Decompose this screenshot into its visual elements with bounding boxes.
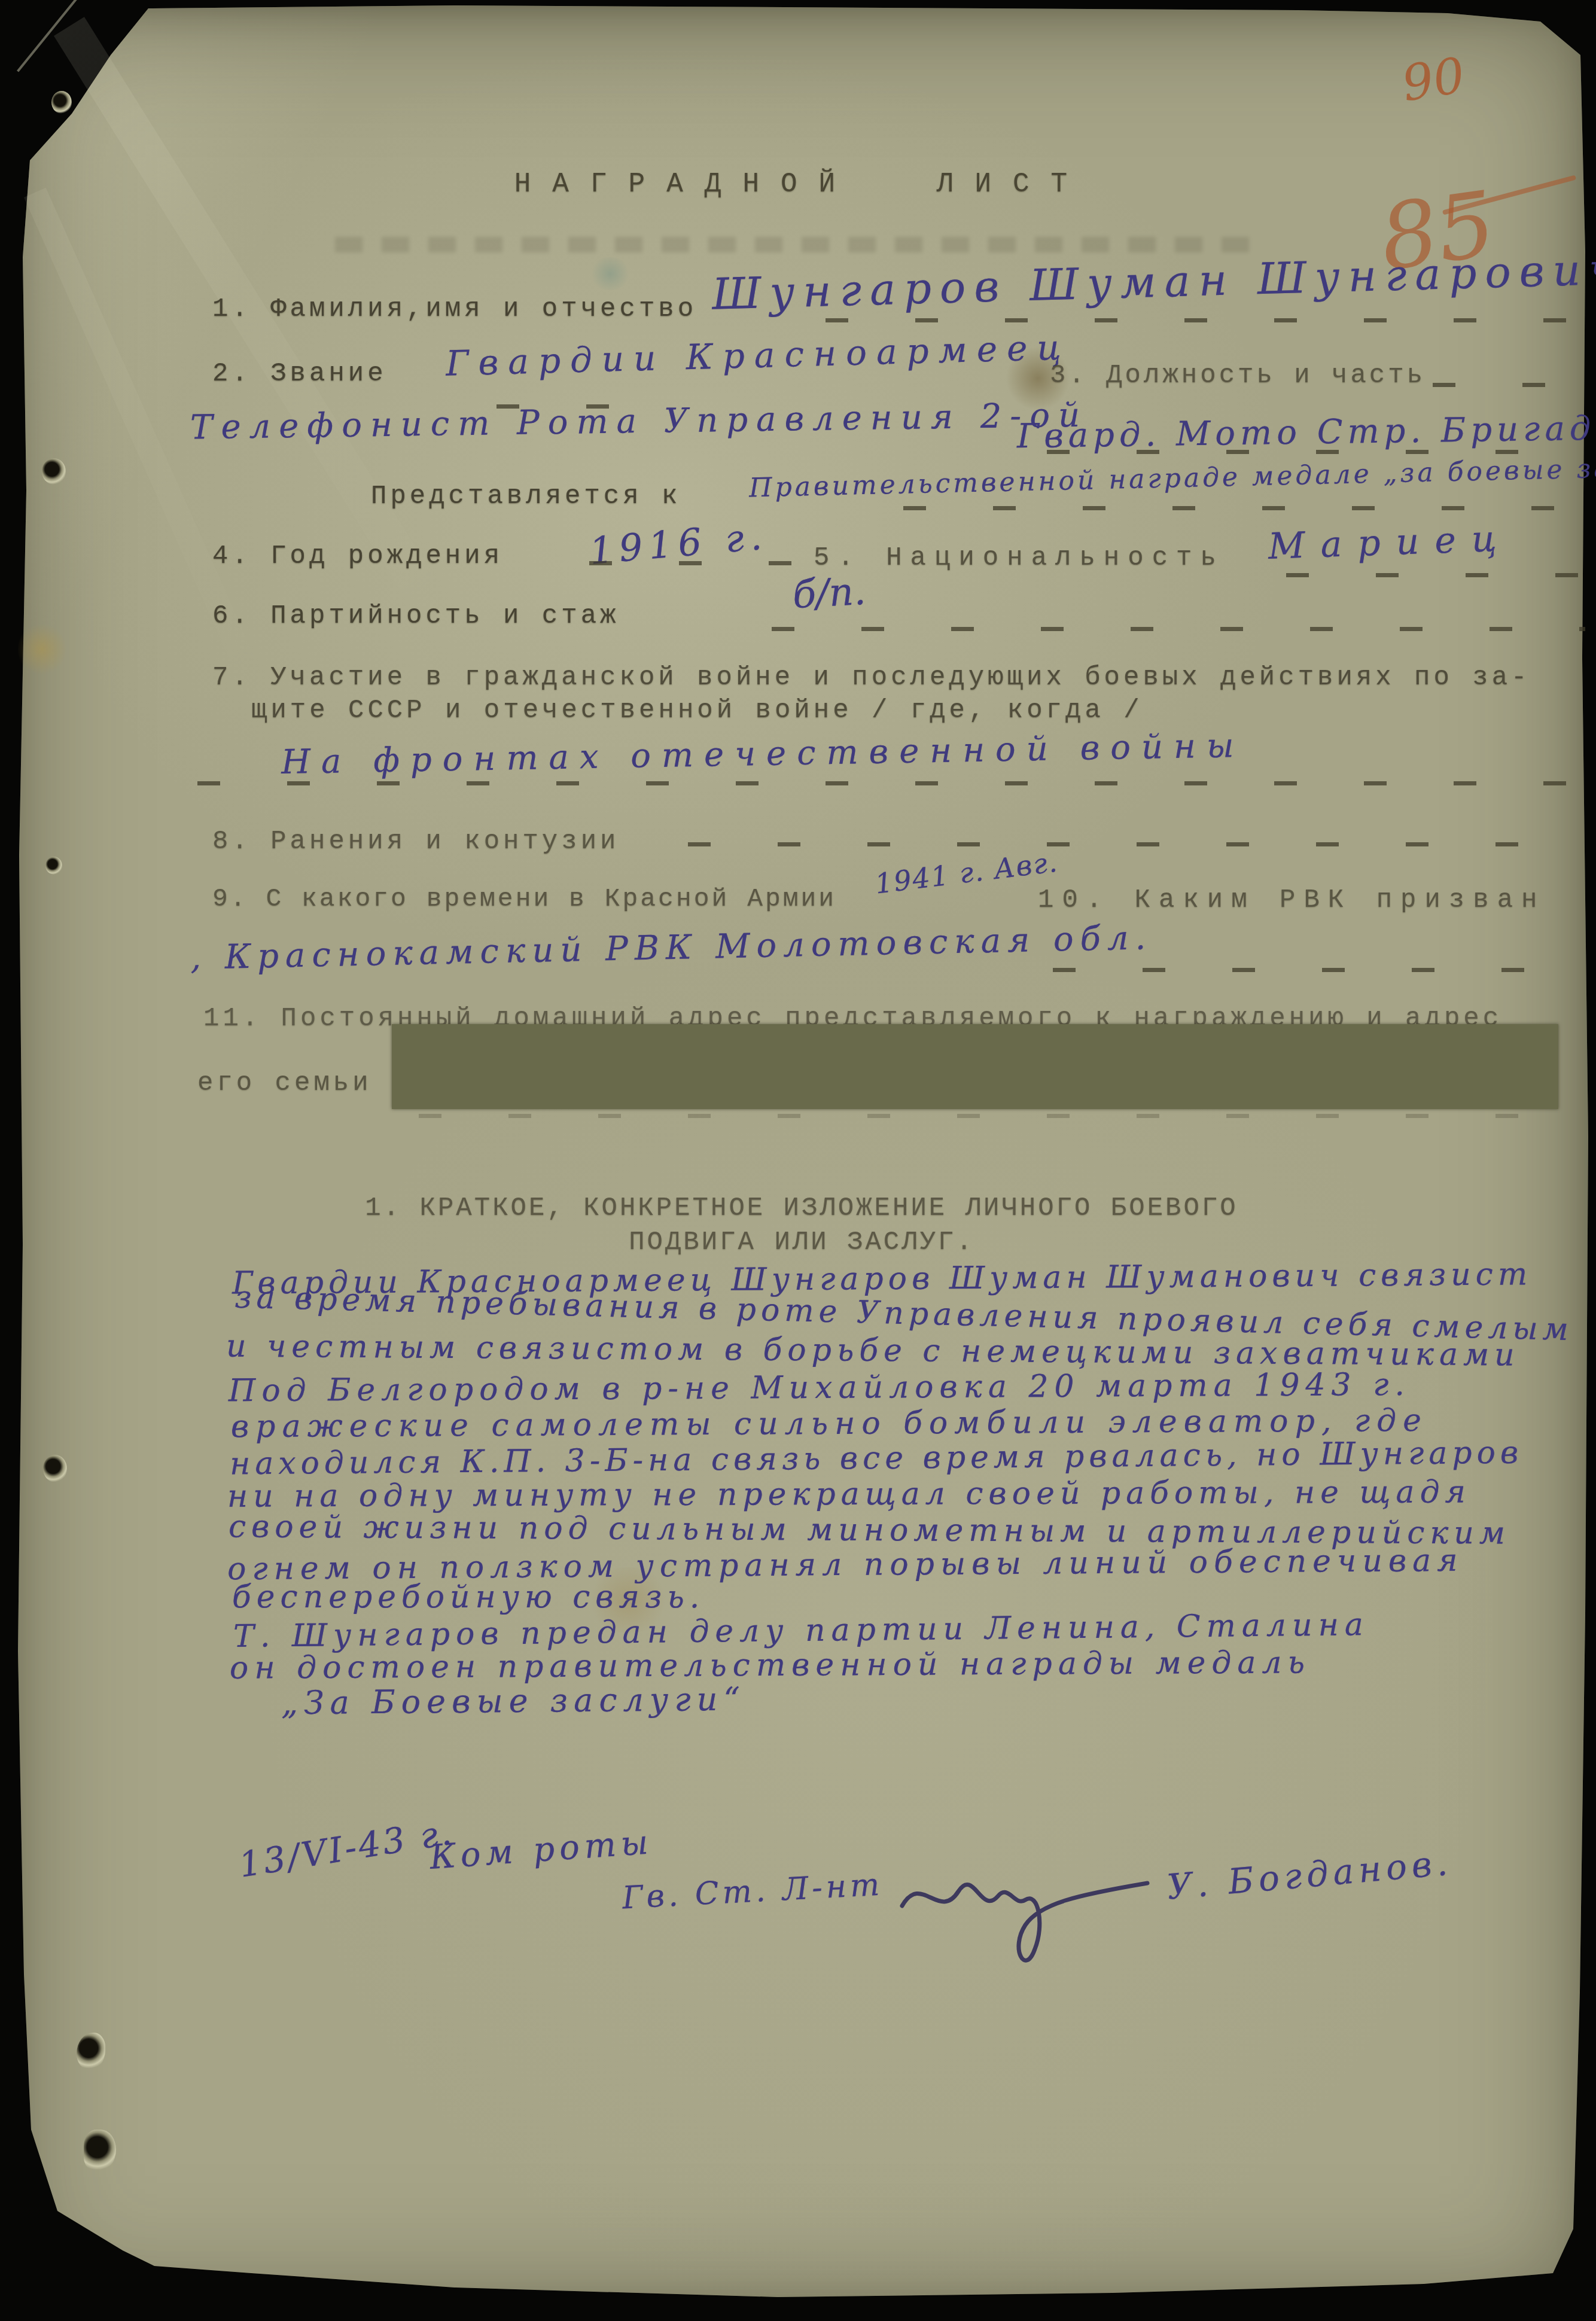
ruling-dashes [589, 561, 796, 565]
field-11-label-line2: его семьи [197, 1068, 372, 1098]
field-5-value: Мариец [1268, 517, 1513, 568]
presentation-label: Представляется к [371, 482, 681, 511]
punch-hole [51, 91, 72, 114]
field-6-value: б/п. [791, 569, 867, 617]
ruling-dashes [1286, 573, 1585, 577]
feat-line: он достоен правительственной награды мед… [230, 1644, 1311, 1686]
faded-ghost-line [335, 237, 1268, 252]
field-2-label: 2. Звание [212, 359, 387, 389]
redaction-box [392, 1024, 1558, 1109]
ruling-dashes [1047, 450, 1585, 454]
punch-hole [42, 458, 66, 485]
scanned-document-page: 90 85 НАГРАДНОЙ ЛИСТ 1. Фамилия,имя и от… [0, 0, 1596, 2321]
field-5-label: 5. Национальность [814, 543, 1225, 573]
field-8-label: 8. Ранения и контузии [212, 827, 620, 857]
ruling-dashes [419, 1114, 1555, 1118]
feat-line: „За Боевые заслуги“ [281, 1680, 746, 1722]
feat-heading-line2: ПОДВИГА ИЛИ ЗАСЛУГ. [96, 1227, 1507, 1257]
ruling-dashes [1433, 383, 1585, 387]
field-1-label: 1. Фамилия,имя и отчество [212, 294, 697, 324]
feat-line: Под Белгородом в р-не Михайловка 20 март… [229, 1367, 1411, 1409]
document-title: НАГРАДНОЙ ЛИСТ [96, 169, 1507, 200]
ruling-dashes [772, 627, 1585, 631]
field-4-label: 4. Год рождения [212, 541, 503, 571]
ruling-dashes [903, 506, 1585, 510]
field-3-label: 3. Должность и часть [1050, 361, 1426, 391]
feat-heading-line1: 1. КРАТКОЕ, КОНКРЕТНОЕ ИЗЛОЖЕНИЕ ЛИЧНОГО… [96, 1193, 1507, 1223]
field-3-value-line2: Гвард. Мото Стр. Бригады. [1017, 409, 1596, 456]
signature-scrawl [897, 1848, 1155, 1974]
punch-hole [45, 857, 62, 875]
ruling-dashes [197, 781, 1585, 785]
page-number-red: 90 [1398, 47, 1469, 112]
ruling-dashes [1053, 968, 1585, 972]
field-10-label: 10. Каким РВК призван [1038, 885, 1546, 915]
feat-line: бесперебойную связь. [232, 1579, 705, 1615]
field-7-label-line2: щите СССР и отечественной войне / где, к… [251, 696, 1143, 726]
feat-line: ни на одну минуту не прекращал своей раб… [227, 1474, 1471, 1514]
field-9-label: 9. С какого времени в Красной Армии [212, 884, 836, 913]
ruling-dashes [826, 318, 1585, 322]
field-6-label: 6. Партийность и стаж [212, 601, 620, 631]
field-7-label-line1: 7. Участие в гражданской войне и последу… [212, 663, 1531, 693]
punch-hole [43, 1455, 67, 1482]
ruling-dashes [688, 842, 1585, 846]
